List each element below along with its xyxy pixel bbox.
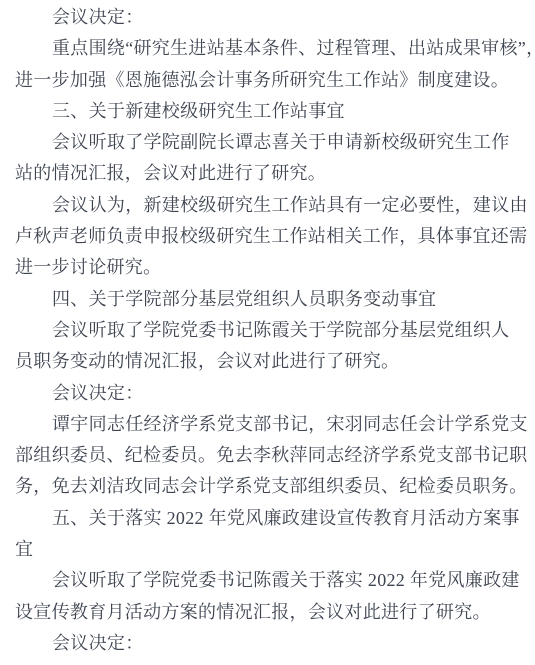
text-line: 会议听取了学院副院长谭志喜关于申请新校级研究生工作 bbox=[15, 127, 529, 158]
text-line: 会议决定： bbox=[15, 2, 529, 33]
text-line: 部组织委员、纪检委员。免去李秋萍同志经济学系党支部书记职 bbox=[15, 440, 529, 471]
text-line: 会议认为，新建校级研究生工作站具有一定必要性，建议由 bbox=[15, 190, 529, 221]
text-line: 设宣传教育月活动方案的情况汇报，会议对此进行了研究。 bbox=[15, 597, 529, 628]
text-line: 重点围绕“研究生进站基本条件、过程管理、出站成果审核”， bbox=[15, 33, 529, 64]
section-heading-line: 五、关于落实 2022 年党风廉政建设宣传教育月活动方案事 bbox=[15, 503, 529, 534]
text-line: 会议决定： bbox=[15, 628, 529, 659]
text-line: 务，免去刘洁玫同志会计学系党支部组织委员、纪检委员职务。 bbox=[15, 471, 529, 502]
text-line: 会议听取了学院党委书记陈霞关于落实 2022 年党风廉政建 bbox=[15, 565, 529, 596]
text-line: 站的情况汇报，会议对此进行了研究。 bbox=[15, 158, 529, 189]
section-heading-line: 宜 bbox=[15, 534, 529, 565]
document-page: 会议决定： 重点围绕“研究生进站基本条件、过程管理、出站成果审核”， 进一步加强… bbox=[0, 0, 535, 665]
text-line: 进一步讨论研究。 bbox=[15, 252, 529, 283]
text-line: 员职务变动的情况汇报，会议对此进行了研究。 bbox=[15, 346, 529, 377]
text-line: 会议听取了学院党委书记陈霞关于学院部分基层党组织人 bbox=[15, 315, 529, 346]
text-line: 谭宇同志任经济学系党支部书记，宋羽同志任会计学系党支 bbox=[15, 409, 529, 440]
text-line: 会议决定： bbox=[15, 378, 529, 409]
text-line: 进一步加强《恩施德泓会计事务所研究生工作站》制度建设。 bbox=[15, 65, 529, 96]
section-heading-line: 四、关于学院部分基层党组织人员职务变动事宜 bbox=[15, 284, 529, 315]
section-heading-line: 三、关于新建校级研究生工作站事宜 bbox=[15, 96, 529, 127]
text-line: 卢秋声老师负责申报校级研究生工作站相关工作，具体事宜还需 bbox=[15, 221, 529, 252]
